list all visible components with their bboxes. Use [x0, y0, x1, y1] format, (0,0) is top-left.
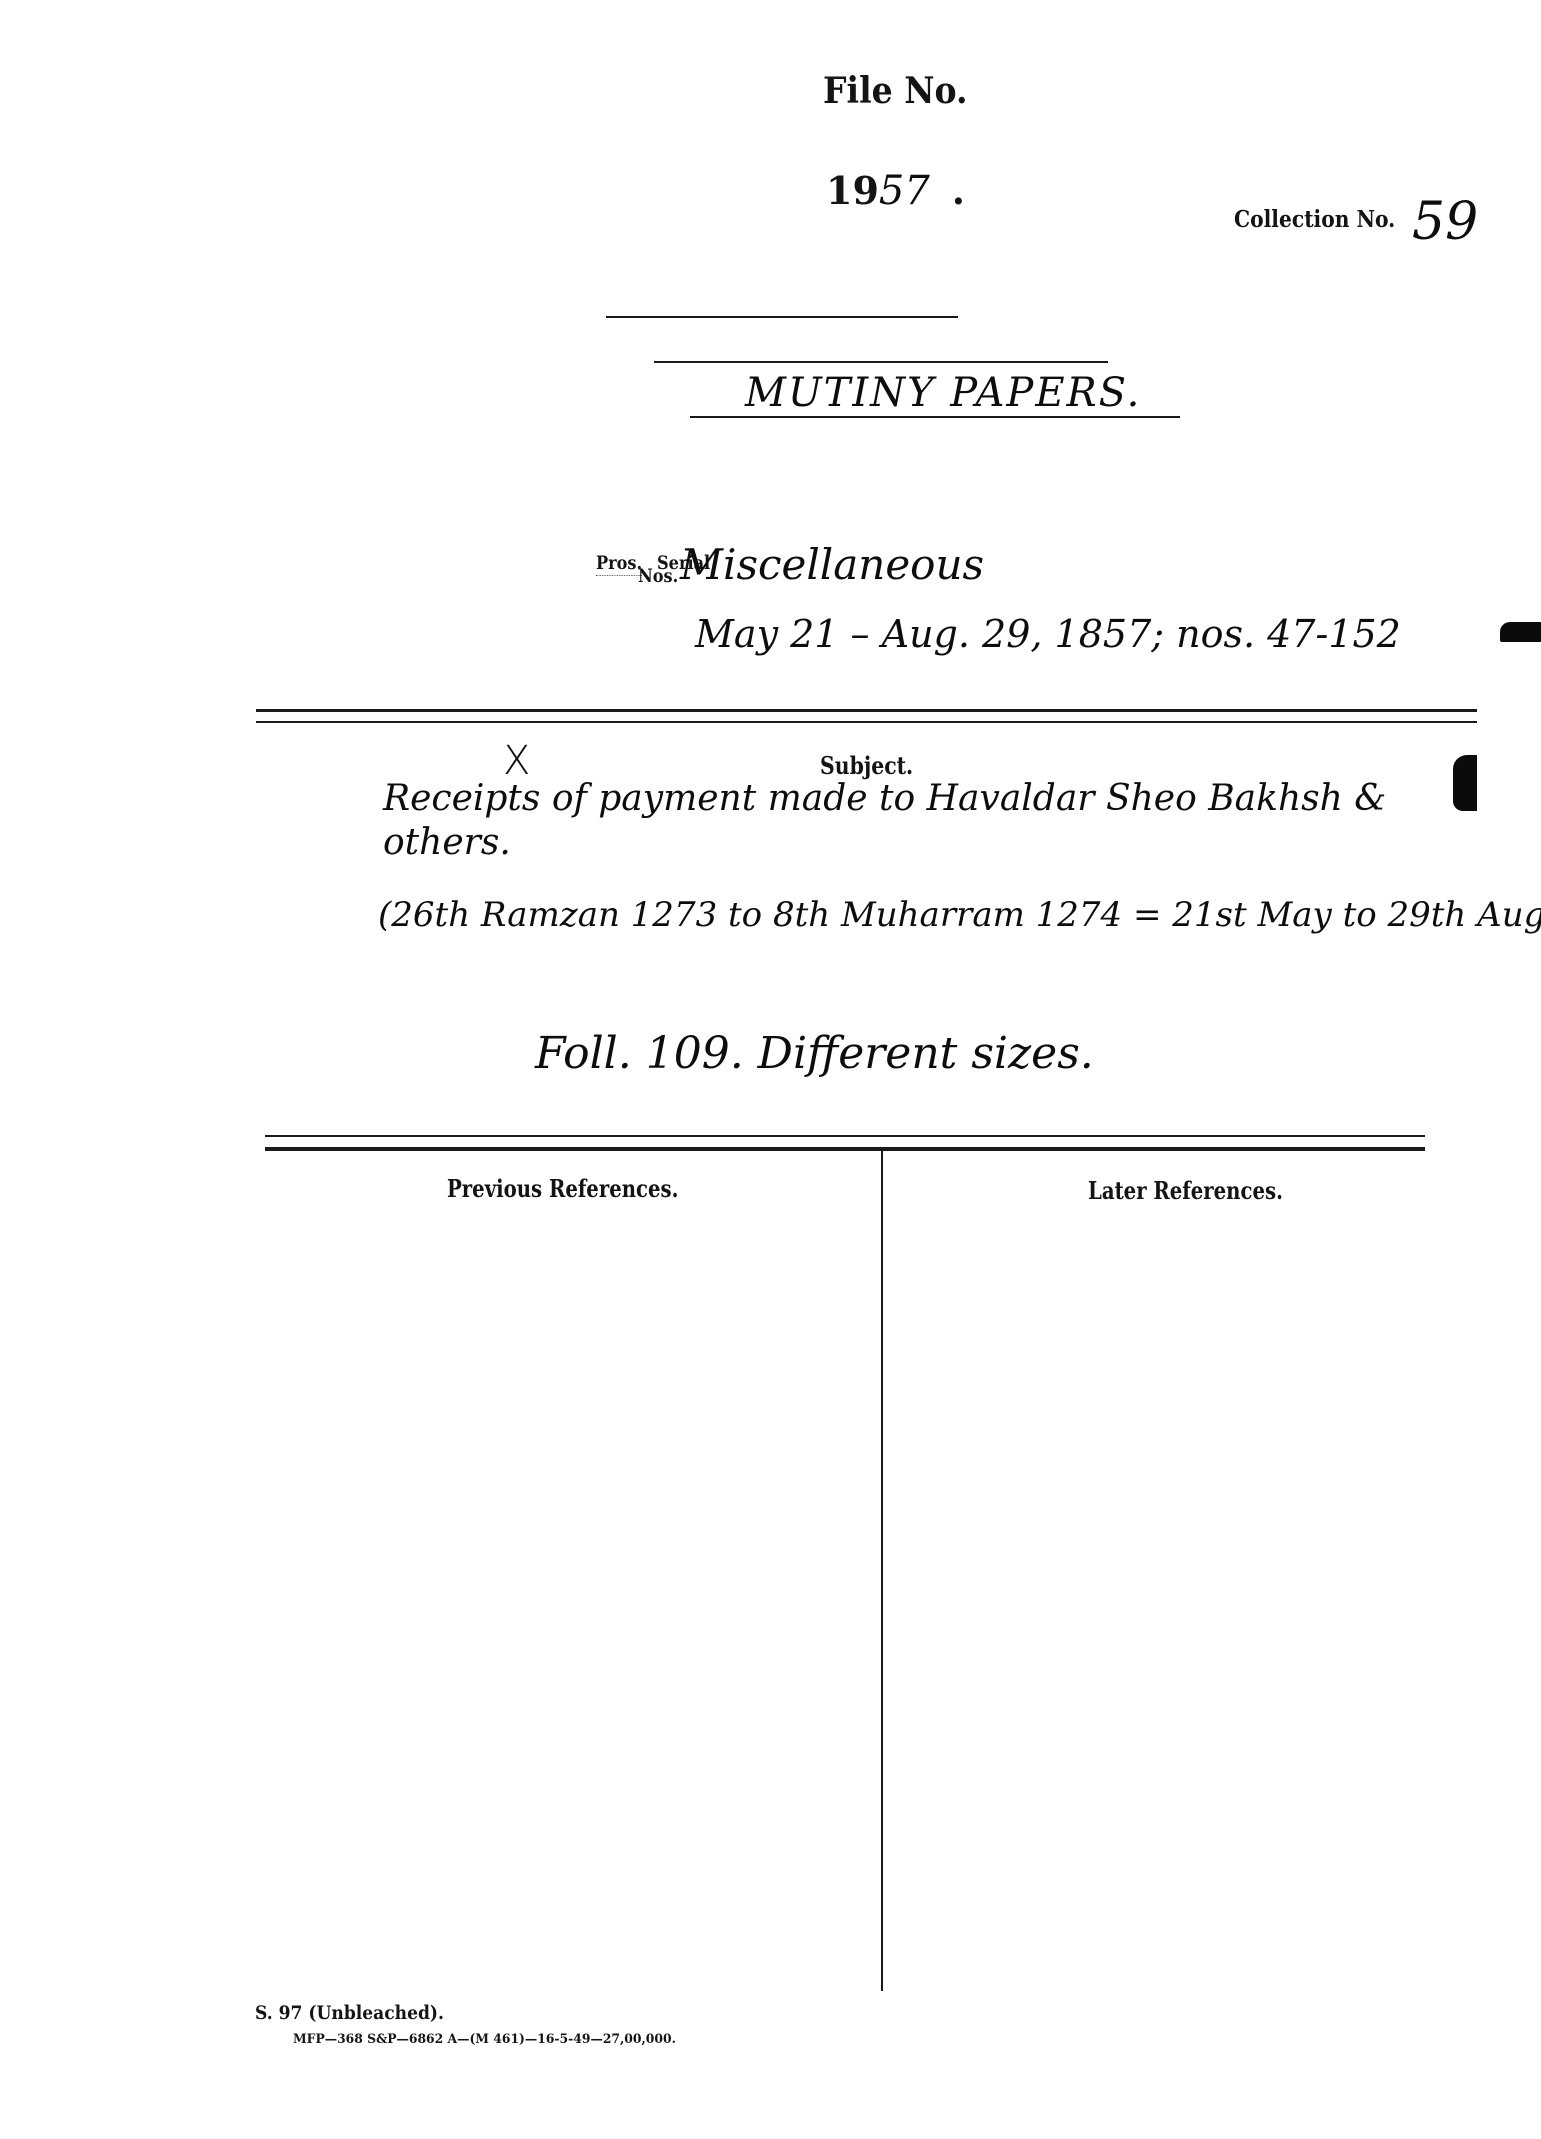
references-rule-thin	[265, 1135, 1425, 1137]
subject-label: Subject.	[820, 751, 930, 780]
subject-rule-thick	[256, 709, 1477, 712]
file-no-label: File No.	[823, 70, 980, 112]
file-no-period: .	[952, 168, 965, 213]
scan-blot-right	[1453, 755, 1477, 811]
title-rule-2	[654, 361, 1108, 363]
references-divider	[881, 1151, 883, 1991]
title-rule-1	[606, 316, 958, 318]
pros-value-dates: May 21 – Aug. 29, 1857; nos. 47-152	[695, 612, 1401, 656]
subject-line-3: (26th Ramzan 1273 to 8th Muharram 1274 =…	[378, 895, 1541, 935]
subject-line-4: Foll. 109. Different sizes.	[535, 1028, 1094, 1079]
scan-blot-top	[1500, 622, 1541, 642]
file-no-handwritten: 57	[879, 168, 930, 214]
later-references-label: Later References.	[1088, 1176, 1326, 1205]
subject-rule-thin	[256, 721, 1477, 723]
collection-no: Collection No.	[1234, 206, 1417, 233]
pros-value-miscellaneous: Miscellaneous	[680, 540, 984, 589]
footer-form-no: S. 97 (Unbleached).	[255, 2002, 465, 2024]
file-no-value: 1957.	[826, 168, 965, 214]
collection-label: Collection No.	[1234, 206, 1395, 233]
subject-line-1: Receipts of payment made to Havaldar She…	[383, 778, 1386, 819]
file-no-printed: 19	[826, 168, 879, 213]
previous-references-label: Previous References.	[447, 1174, 729, 1203]
title-text: MUTINY PAPERS.	[745, 370, 1141, 416]
pros-label: Pros.	[596, 551, 642, 576]
title-underline	[690, 416, 1180, 418]
nos-label: Nos.	[638, 565, 685, 587]
subject-line-2: others.	[383, 822, 511, 863]
collection-value: 59	[1412, 192, 1478, 252]
references-rule-thick	[265, 1147, 1425, 1151]
footer-print-info: MFP—368 S&P—6862 A—(M 461)—16-5-49—27,00…	[293, 2032, 696, 2047]
